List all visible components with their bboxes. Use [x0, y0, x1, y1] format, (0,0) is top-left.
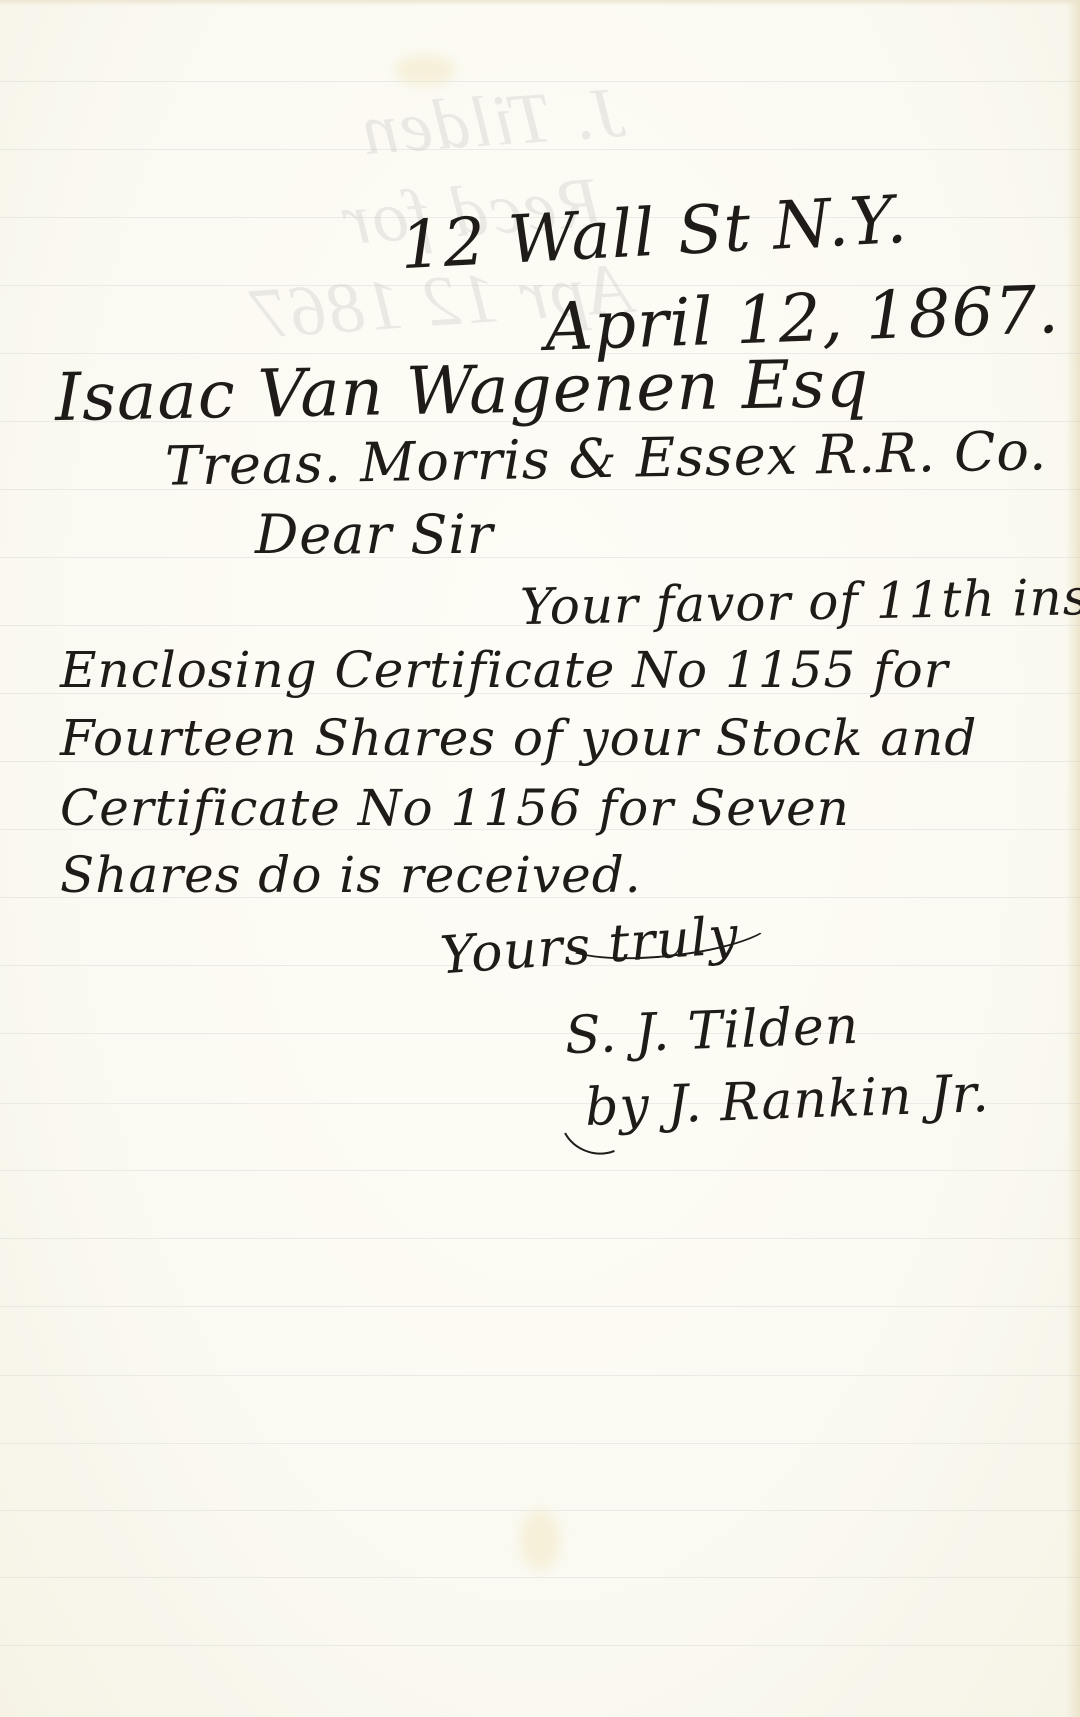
body-line: Certificate No 1156 for Seven — [60, 783, 850, 833]
ruled-line — [0, 1306, 1080, 1307]
ruled-line — [0, 1443, 1080, 1444]
ruled-line — [0, 1577, 1080, 1578]
paper-stain — [395, 55, 455, 85]
ruled-line — [0, 1238, 1080, 1239]
recipient-name: Isaac Van Wagenen Esq — [54, 351, 869, 431]
ruled-line — [0, 557, 1080, 558]
paper-right-edge — [1066, 0, 1080, 1717]
ruled-line — [0, 1033, 1080, 1034]
signed-by: by J. Rankin Jr. — [584, 1068, 990, 1134]
valediction-flourish — [558, 894, 776, 968]
signature: S. J. Tilden — [564, 1000, 860, 1062]
paper-stain — [520, 1510, 560, 1570]
ruled-line — [0, 1375, 1080, 1376]
body-line: Fourteen Shares of your Stock and — [60, 713, 977, 763]
body-line: Enclosing Certificate No 1155 for — [60, 645, 949, 695]
letter-page: J. Tilden Recd for Apr 12 1867 12 Wall S… — [0, 0, 1080, 1717]
salutation: Dear Sir — [255, 508, 494, 562]
body-line: Shares do is received. — [60, 850, 642, 900]
ruled-line — [0, 1170, 1080, 1171]
paper-top-edge — [0, 0, 1080, 6]
recipient-title: Treas. Morris & Essex R.R. Co. — [165, 424, 1048, 493]
body-line: Your favor of 11th inst — [520, 572, 1080, 632]
ruled-line — [0, 1645, 1080, 1646]
bleed-through-line: J. Tilden — [357, 71, 628, 172]
